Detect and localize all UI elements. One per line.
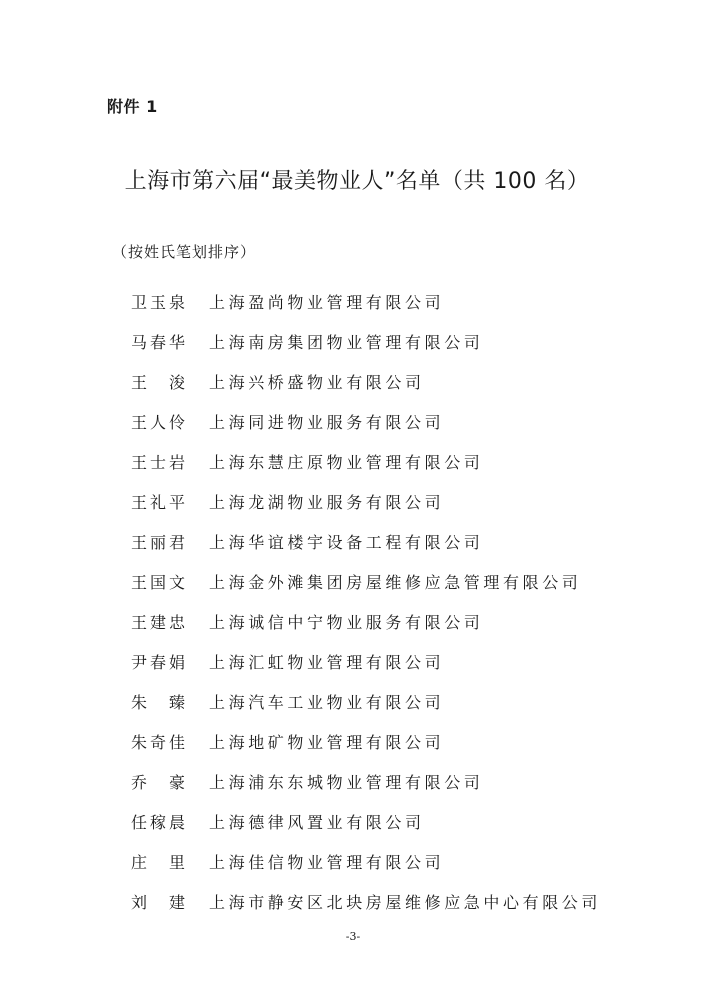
person-name: 庄 里: [131, 850, 209, 873]
list-item: 王士岩 上海东慧庄原物业管理有限公司: [131, 441, 601, 481]
list-item: 任稼晨 上海德律风置业有限公司: [131, 801, 601, 841]
list-item: 王丽君 上海华谊楼宇设备工程有限公司: [131, 521, 601, 561]
list-item: 朱奇佳 上海地矿物业管理有限公司: [131, 721, 601, 761]
sort-note: （按姓氏笔划排序）: [112, 241, 256, 262]
person-name: 王丽君: [131, 530, 209, 553]
company-name: 上海地矿物业管理有限公司: [209, 730, 444, 753]
company-name: 上海浦东东城物业管理有限公司: [209, 770, 483, 793]
person-name: 马春华: [131, 330, 209, 353]
company-name: 上海东慧庄原物业管理有限公司: [209, 450, 483, 473]
person-name: 王礼平: [131, 490, 209, 513]
company-name: 上海汇虹物业管理有限公司: [209, 650, 444, 673]
person-name: 王人伶: [131, 410, 209, 433]
list-item: 马春华 上海南房集团物业管理有限公司: [131, 321, 601, 361]
person-name: 王国文: [131, 570, 209, 593]
company-name: 上海华谊楼宇设备工程有限公司: [209, 530, 483, 553]
person-name: 王士岩: [131, 450, 209, 473]
company-name: 上海市静安区北块房屋维修应急中心有限公司: [209, 890, 601, 913]
company-name: 上海诚信中宁物业服务有限公司: [209, 610, 483, 633]
company-name: 上海佳信物业管理有限公司: [209, 850, 444, 873]
person-name: 卫玉泉: [131, 290, 209, 313]
list-item: 王国文 上海金外滩集团房屋维修应急管理有限公司: [131, 561, 601, 601]
company-name: 上海同进物业服务有限公司: [209, 410, 444, 433]
company-name: 上海南房集团物业管理有限公司: [209, 330, 483, 353]
list-item: 朱 臻 上海汽车工业物业有限公司: [131, 681, 601, 721]
list-item: 卫玉泉 上海盈尚物业管理有限公司: [131, 281, 601, 321]
list-item: 王人伶 上海同进物业服务有限公司: [131, 401, 601, 441]
page-title: 上海市第六届“最美物业人”名单（共 100 名）: [0, 164, 706, 195]
person-name: 王 浚: [131, 370, 209, 393]
company-name: 上海金外滩集团房屋维修应急管理有限公司: [209, 570, 581, 593]
person-name: 朱 臻: [131, 690, 209, 713]
person-name: 王建忠: [131, 610, 209, 633]
list-item: 刘 建 上海市静安区北块房屋维修应急中心有限公司: [131, 881, 601, 921]
company-name: 上海龙湖物业服务有限公司: [209, 490, 444, 513]
name-list: 卫玉泉 上海盈尚物业管理有限公司 马春华 上海南房集团物业管理有限公司 王 浚 …: [131, 281, 601, 921]
person-name: 任稼晨: [131, 810, 209, 833]
list-item: 王礼平 上海龙湖物业服务有限公司: [131, 481, 601, 521]
attachment-label: 附件 1: [107, 94, 158, 117]
company-name: 上海兴桥盛物业有限公司: [209, 370, 425, 393]
person-name: 朱奇佳: [131, 730, 209, 753]
person-name: 刘 建: [131, 890, 209, 913]
list-item: 王 浚 上海兴桥盛物业有限公司: [131, 361, 601, 401]
person-name: 尹春娟: [131, 650, 209, 673]
list-item: 王建忠 上海诚信中宁物业服务有限公司: [131, 601, 601, 641]
page-number: -3-: [0, 930, 706, 943]
list-item: 乔 豪 上海浦东东城物业管理有限公司: [131, 761, 601, 801]
company-name: 上海德律风置业有限公司: [209, 810, 425, 833]
person-name: 乔 豪: [131, 770, 209, 793]
company-name: 上海盈尚物业管理有限公司: [209, 290, 444, 313]
list-item: 尹春娟 上海汇虹物业管理有限公司: [131, 641, 601, 681]
company-name: 上海汽车工业物业有限公司: [209, 690, 444, 713]
list-item: 庄 里 上海佳信物业管理有限公司: [131, 841, 601, 881]
